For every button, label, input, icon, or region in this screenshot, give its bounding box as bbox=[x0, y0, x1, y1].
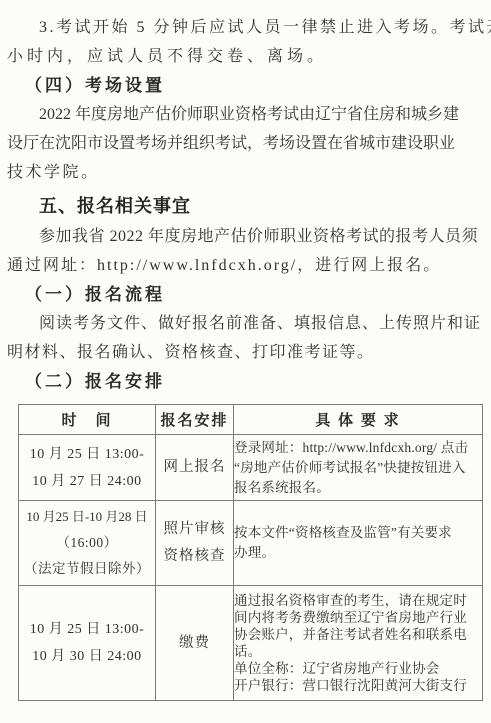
heading-registration-matters: 五、报名相关事宜 bbox=[0, 192, 491, 221]
arrangement-label: 资格核查 bbox=[156, 543, 233, 570]
paragraph-venue-line-1: 2022 年度房地产估价师职业资格考试由辽宁省住房和城乡建 bbox=[0, 100, 491, 129]
registration-schedule-table: 时 间 报名安排 具 体 要 求 10 月 25 日 13:00- 10 月 2… bbox=[18, 404, 483, 701]
time-line: （法定节假日除外） bbox=[19, 556, 155, 582]
time-cell: 10 月 25 日 13:00- 10 月 27 日 24:00 bbox=[19, 435, 156, 501]
heading-registration-process: （一）报名流程 bbox=[0, 280, 491, 309]
header-cell-requirements: 具 体 要 求 bbox=[234, 405, 483, 435]
heading-registration-schedule: （二）报名安排 bbox=[0, 367, 491, 396]
requirement-line: 报名系统报名。 bbox=[234, 478, 482, 498]
time-cell: 10 月 25 日 13:00- 10 月 30 日 24:00 bbox=[19, 586, 156, 701]
scanned-document-page: 3.考试开始 5 分钟后应试人员一律禁止进入考场。考试开始 2 小时内，应试人员… bbox=[0, 0, 491, 723]
time-cell: 10 月25 日-10 月28 日 （16:00） （法定节假日除外） bbox=[19, 501, 156, 586]
table-row-photo-review: 10 月25 日-10 月28 日 （16:00） （法定节假日除外） 照片审核… bbox=[19, 501, 483, 586]
requirements-cell: 通过报名资格审查的考生，请在规定时 间内将考务费缴纳至辽宁省房地产行业 协会账户… bbox=[234, 586, 483, 701]
paragraph-registration-line-1: 参加我省 2022 年度房地产估价师职业资格考试的报考人员须 bbox=[0, 222, 491, 251]
paragraph-venue-line-3: 技术学院。 bbox=[0, 158, 491, 187]
requirement-line: 办理。 bbox=[234, 543, 482, 563]
time-line: 10 月 30 日 24:00 bbox=[19, 643, 155, 670]
paragraph-process-line-1: 阅读考务文件、做好报名前准备、填报信息、上传照片和证 bbox=[0, 309, 491, 338]
document-body: 3.考试开始 5 分钟后应试人员一律禁止进入考场。考试开始 2 小时内，应试人员… bbox=[0, 0, 491, 396]
requirement-line: 登录网址：http://www.lnfdcxh.org/ 点击 bbox=[234, 438, 482, 458]
arrangement-cell: 照片审核 资格核查 bbox=[156, 501, 234, 586]
time-line: （16:00） bbox=[19, 530, 155, 556]
heading-venue-setup: （四）考场设置 bbox=[0, 71, 491, 100]
arrangement-cell: 网上报名 bbox=[156, 435, 234, 501]
arrangement-label: 照片审核 bbox=[156, 516, 233, 543]
arrangement-cell: 缴费 bbox=[156, 586, 234, 701]
table-row-online-registration: 10 月 25 日 13:00- 10 月 27 日 24:00 网上报名 登录… bbox=[19, 435, 483, 501]
time-line: 10 月 27 日 24:00 bbox=[19, 468, 155, 495]
time-line: 10 月 25 日 13:00- bbox=[19, 616, 155, 643]
requirements-cell: 按本文件“资格核查及监管”有关要求 办理。 bbox=[234, 501, 483, 586]
paragraph-exam-entry-rule: 3.考试开始 5 分钟后应试人员一律禁止进入考场。考试开始 2 bbox=[0, 13, 491, 42]
arrangement-label: 网上报名 bbox=[156, 454, 233, 481]
requirement-line: 协会账户，并备注考试者姓名和联系电 bbox=[234, 626, 482, 643]
requirement-line: 单位全称：辽宁省房地产行业协会 bbox=[234, 660, 482, 677]
time-line: 10 月 25 日 13:00- bbox=[19, 441, 155, 468]
header-cell-arrangement: 报名安排 bbox=[156, 405, 234, 435]
requirement-line: 通过报名资格审查的考生，请在规定时 bbox=[234, 592, 482, 609]
header-cell-time: 时 间 bbox=[19, 405, 156, 435]
requirement-line: 间内将考务费缴纳至辽宁省房地产行业 bbox=[234, 609, 482, 626]
paragraph-process-line-2: 明材料、报名确认、资格核查、打印准考证等。 bbox=[0, 338, 491, 367]
requirement-line: “房地产估价师考试报名”快捷按钮进入 bbox=[234, 458, 482, 478]
paragraph-registration-line-2: 通过网址：http://www.lnfdcxh.org/，进行网上报名。 bbox=[0, 251, 491, 280]
table-header-row: 时 间 报名安排 具 体 要 求 bbox=[19, 405, 483, 435]
time-line: 10 月25 日-10 月28 日 bbox=[19, 504, 155, 530]
requirement-line: 按本文件“资格核查及监管”有关要求 bbox=[234, 523, 482, 543]
arrangement-label: 缴费 bbox=[156, 630, 233, 657]
paragraph-exam-entry-rule-cont: 小时内，应试人员不得交卷、离场。 bbox=[0, 42, 491, 71]
table-row-payment: 10 月 25 日 13:00- 10 月 30 日 24:00 缴费 通过报名… bbox=[19, 586, 483, 701]
requirements-cell: 登录网址：http://www.lnfdcxh.org/ 点击 “房地产估价师考… bbox=[234, 435, 483, 501]
requirement-line: 话。 bbox=[234, 643, 482, 660]
requirement-line: 开户银行：营口银行沈阳黄河大街支行 bbox=[234, 677, 482, 694]
paragraph-venue-line-2: 设厅在沈阳市设置考场并组织考试，考场设置在省城市建设职业 bbox=[0, 129, 491, 158]
